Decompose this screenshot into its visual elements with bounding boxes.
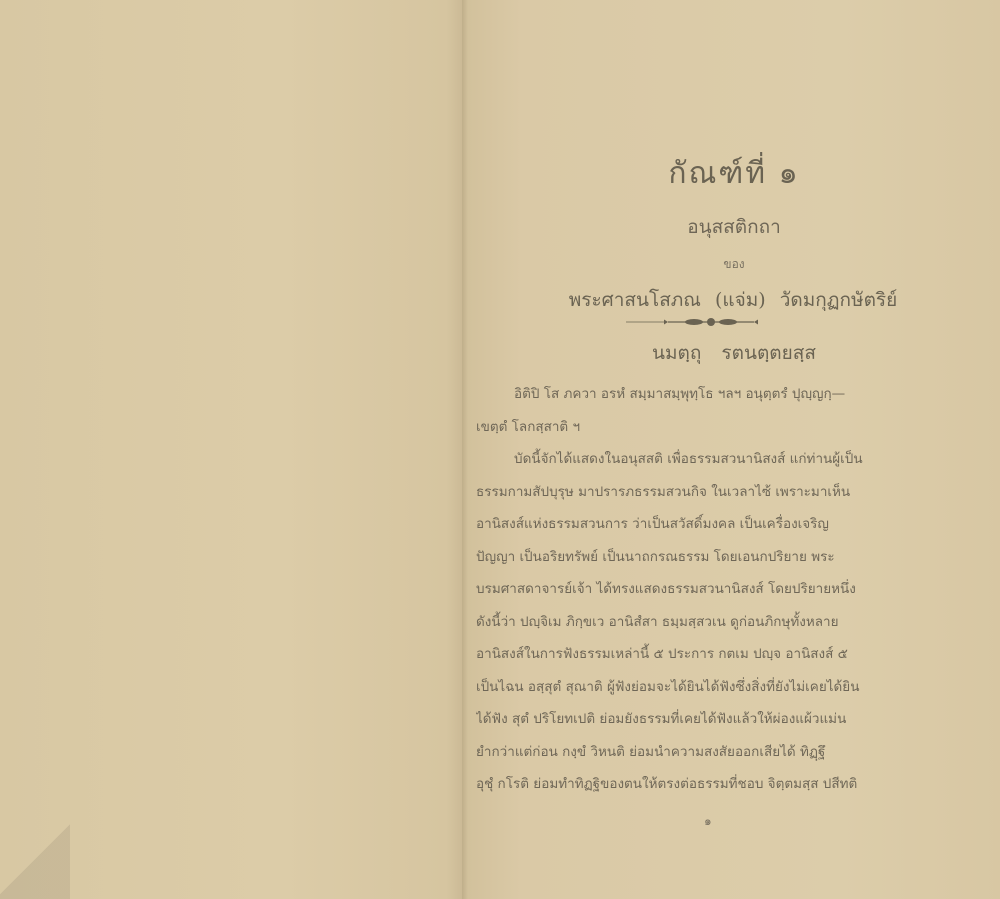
author-line: พระศาสนโสภณ (แจ่ม) วัดมกุฏกษัตริย์ (498, 285, 968, 315)
body-line: อุชุํ กโรติ ย่อมทำทิฏฐิของตนให้ตรงต่อธรร… (476, 768, 936, 801)
body-text: อิติปิ โส ภควา อรหํ สมฺมาสมฺพุทฺโธ ฯลฯ อ… (476, 378, 936, 801)
of-word: ของ (468, 255, 1000, 274)
body-line: บัดนี้จักได้แสดงในอนุสสติ เพื่อธรรมสวนาน… (476, 443, 936, 476)
page-corner (0, 819, 70, 899)
body-line: อานิสงส์แห่งธรรมสวนการ ว่าเป็นสวัสดิ์มงค… (476, 508, 936, 541)
body-line: ปัญญา เป็นอริยทรัพย์ เป็นนาถกรณธรรม โดยเ… (476, 541, 936, 574)
book-spread: กัณฑ์ที่ ๑ อนุสสติกถา ของ พระศาสนโสภณ (แ… (0, 0, 1000, 899)
chapter-heading: กัณฑ์ที่ ๑ (468, 150, 1000, 197)
page-number: ๑ (704, 812, 712, 831)
left-page (0, 0, 465, 899)
body-line: บรมศาสดาจารย์เจ้า ได้ทรงแสดงธรรมสวนานิสง… (476, 573, 936, 606)
sermon-title: อนุสสติกถา (468, 212, 1000, 242)
ornamental-divider-icon (626, 316, 796, 328)
verse-title: นมตฺถุ รตนตฺตยสฺส (468, 338, 1000, 368)
body-line: ดังนี้ว่า ปญฺจิเม ภิกฺขเว อานิสํสา ธมฺมส… (476, 606, 936, 639)
body-line: อานิสงส์ในการฟังธรรมเหล่านี้ ๕ ประการ กต… (476, 638, 936, 671)
body-line: ธรรมกามสัปบุรุษ มาปรารภธรรมสวนกิจ ในเวลา… (476, 476, 936, 509)
body-line: ยำกว่าแต่ก่อน กงฺขํ วิหนติ ย่อมนำความสงส… (476, 736, 936, 769)
body-line: เป็นไฉน อสฺสุตํ สุณาติ ผู้ฟังย่อมจะได้ยิ… (476, 671, 936, 704)
body-line: อิติปิ โส ภควา อรหํ สมฺมาสมฺพุทฺโธ ฯลฯ อ… (476, 378, 936, 411)
body-line: ได้ฟัง สุตํ ปริโยทเปติ ย่อมยังธรรมที่เคย… (476, 703, 936, 736)
right-page: กัณฑ์ที่ ๑ อนุสสติกถา ของ พระศาสนโสภณ (แ… (468, 0, 1000, 899)
body-line: เขตฺตํ โลกสฺสาติ ฯ (476, 411, 936, 444)
